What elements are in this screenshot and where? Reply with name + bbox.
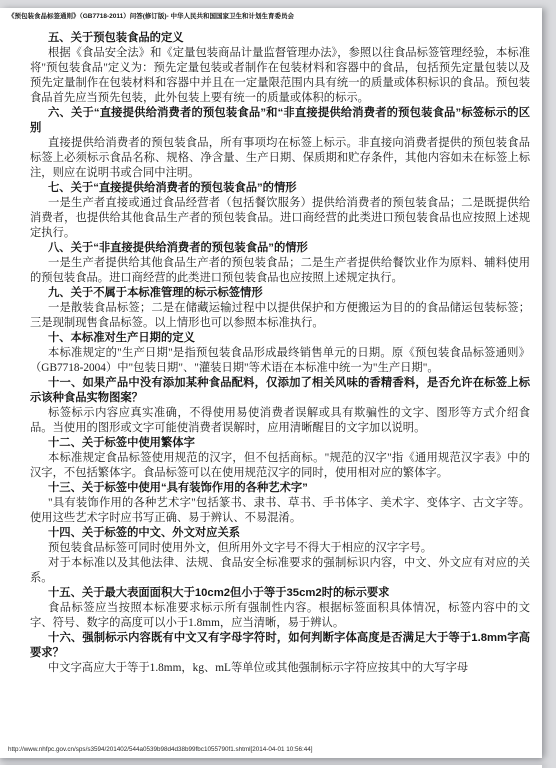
qa-section: 十、本标准对生产日期的定义 本标准规定的"生产日期"是指预包装食品形成最终销售单… <box>30 331 530 376</box>
qa-section: 十六、强制标示内容既有中文又有字母字符时，如何判断字体高度是否满足大于等于1.8… <box>30 631 530 676</box>
section-paragraph: 食品标签应当按照本标准要求标示所有强制性内容。根据标签面积具体情况，标签内容中的… <box>30 601 530 631</box>
print-footer-url: http://www.nhfpc.gov.cn/sps/s3594/201402… <box>8 746 312 754</box>
qa-section: 十二、关于标签中使用繁体字 本标准规定食品标签使用规范的汉字，但不包括商标。"规… <box>30 436 530 481</box>
section-heading: 八、关于“非直接提供给消费者的预包装食品”的情形 <box>30 241 530 256</box>
qa-section: 十五、关于最大表面面积大于10cm2但小于等于35cm2时的标示要求 食品标签应… <box>30 586 530 631</box>
qa-section: 十一、如果产品中没有添加某种食品配料，仅添加了相关风味的香精香料，是否允许在标签… <box>30 376 530 436</box>
print-header-title: 《预包装食品标签通则》（GB7718-2011）问答(修订版)- 中华人民共和国… <box>8 13 294 21</box>
section-heading: 十六、强制标示内容既有中文又有字母字符时，如何判断字体高度是否满足大于等于1.8… <box>30 631 530 661</box>
section-heading: 十五、关于最大表面面积大于10cm2但小于等于35cm2时的标示要求 <box>30 586 530 601</box>
section-heading: 十三、关于标签中使用“具有装饰作用的各种艺术字” <box>30 481 530 496</box>
document-page: 《预包装食品标签通则》（GB7718-2011）问答(修订版)- 中华人民共和国… <box>0 8 542 758</box>
section-paragraph: 标签标示内容应真实准确，不得使用易使消费者误解或具有欺骗性的文字、图形等方式介绍… <box>30 406 530 436</box>
section-heading: 十、本标准对生产日期的定义 <box>30 331 530 346</box>
qa-section: 七、关于“直接提供给消费者的预包装食品”的情形 一是生产者直接或通过食品经营者（… <box>30 181 530 241</box>
section-paragraph: "具有装饰作用的各种艺术字"包括篆书、隶书、草书、手书体字、美术字、变体字、古文… <box>30 496 530 526</box>
section-paragraph: 中文字高应大于等于1.8mm，kg、mL等单位或其他强制标示字符应按其中的大写字… <box>30 661 530 676</box>
qa-section: 十三、关于标签中使用“具有装饰作用的各种艺术字” "具有装饰作用的各种艺术字"包… <box>30 481 530 526</box>
section-heading: 五、关于预包装食品的定义 <box>30 31 530 46</box>
section-heading: 十一、如果产品中没有添加某种食品配料，仅添加了相关风味的香精香料，是否允许在标签… <box>30 376 530 406</box>
section-paragraph: 本标准规定食品标签使用规范的汉字，但不包括商标。"规范的汉字"指《通用规范汉字表… <box>30 451 530 481</box>
qa-section: 五、关于预包装食品的定义 根据《食品安全法》和《定量包装商品计量监督管理办法》，… <box>30 31 530 106</box>
section-heading: 十二、关于标签中使用繁体字 <box>30 436 530 451</box>
qa-section: 十四、关于标签的中文、外文对应关系 预包装食品标签可同时使用外文，但所用外文字号… <box>30 526 530 586</box>
qa-section: 八、关于“非直接提供给消费者的预包装食品”的情形 一是生产者提供给其他食品生产者… <box>30 241 530 286</box>
section-paragraph: 一是生产者提供给其他食品生产者的预包装食品；二是生产者提供给餐饮业作为原料、辅料… <box>30 256 530 286</box>
section-paragraph: 本标准规定的"生产日期"是指预包装食品形成最终销售单元的日期。原《预包装食品标签… <box>30 346 530 376</box>
section-heading: 九、关于不属于本标准管理的标示标签情形 <box>30 286 530 301</box>
section-paragraph: 一是散装食品标签；二是在储藏运输过程中以提供保护和方便搬运为目的的食品储运包装标… <box>30 301 530 331</box>
section-heading: 十四、关于标签的中文、外文对应关系 <box>30 526 530 541</box>
section-paragraph: 预包装食品标签可同时使用外文，但所用外文字号不得大于相应的汉字字号。 <box>30 541 530 556</box>
section-paragraph: 根据《食品安全法》和《定量包装商品计量监督管理办法》，参照以往食品标签管理经验，… <box>30 46 530 106</box>
section-paragraph: 一是生产者直接或通过食品经营者（包括餐饮服务）提供给消费者的预包装食品；二是既提… <box>30 196 530 241</box>
qa-section: 九、关于不属于本标准管理的标示标签情形 一是散装食品标签；二是在储藏运输过程中以… <box>30 286 530 331</box>
document-content: 五、关于预包装食品的定义 根据《食品安全法》和《定量包装商品计量监督管理办法》，… <box>30 31 530 676</box>
section-heading: 六、关于“直接提供给消费者的预包装食品”和“非直接提供给消费者的预包装食品”标签… <box>30 106 530 136</box>
section-heading: 七、关于“直接提供给消费者的预包装食品”的情形 <box>30 181 530 196</box>
section-paragraph: 直接提供给消费者的预包装食品，所有事项均在标签上标示。非直接向消费者提供的预包装… <box>30 136 530 181</box>
section-paragraph: 对于本标准以及其他法律、法规、食品安全标准要求的强制标识内容，中文、外文应有对应… <box>30 556 530 586</box>
qa-section: 六、关于“直接提供给消费者的预包装食品”和“非直接提供给消费者的预包装食品”标签… <box>30 106 530 181</box>
